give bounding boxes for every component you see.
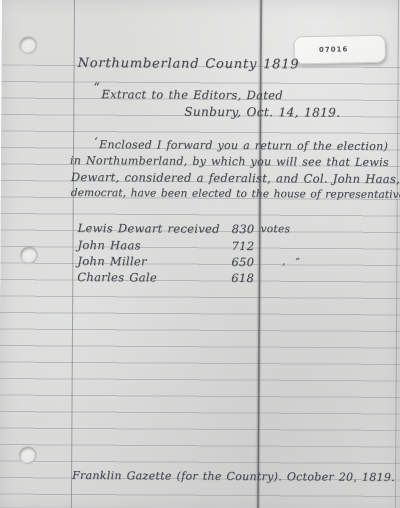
catalog-number: 07016	[319, 45, 349, 54]
result-vote-count: 830	[232, 222, 255, 236]
paper-sheet: 07016 Northumberland County 1819 “ Extra…	[0, 0, 400, 508]
hole-punch-top	[20, 37, 37, 54]
dateline: Sunbury, Oct. 14, 1819.	[184, 105, 340, 120]
result-vote-count: 712	[231, 239, 254, 253]
result-votes-label: votes	[261, 223, 291, 235]
result-candidate-name: Charles Gale	[77, 270, 157, 284]
hole-punch-middle	[20, 247, 37, 264]
scanned-document-page: { "document": { "catalog_number": "07016…	[0, 0, 400, 508]
catalog-number-sticker: 07016	[293, 35, 385, 65]
result-vote-count: 650	[231, 255, 254, 269]
ruled-lines	[0, 65, 400, 508]
opening-quote-mark: “	[93, 80, 100, 94]
result-candidate-name: John Miller	[77, 254, 147, 268]
result-vote-count: 618	[231, 271, 254, 285]
body-line-2: in Northumberland, by which you will see…	[70, 154, 389, 169]
body-line-4: democrat, have been elected to the house…	[71, 187, 400, 201]
source-citation: Franklin Gazette (for the Country). Octo…	[72, 469, 395, 484]
result-ditto-marks: , ”	[282, 257, 302, 267]
body-line-3: Dewart, considered a federalist, and Col…	[71, 170, 400, 186]
result-candidate-name: John Haas	[77, 238, 140, 252]
hole-punch-bottom	[19, 447, 36, 464]
result-candidate-name: Lewis Dewart received	[78, 221, 220, 236]
extract-heading: Extract to the Editors, Dated	[101, 87, 283, 102]
document-title: Northumberland County 1819	[78, 56, 300, 72]
apostrophe-mark: ‘	[94, 135, 98, 148]
body-line-1: Enclosed I forward you a return of the e…	[99, 138, 388, 153]
